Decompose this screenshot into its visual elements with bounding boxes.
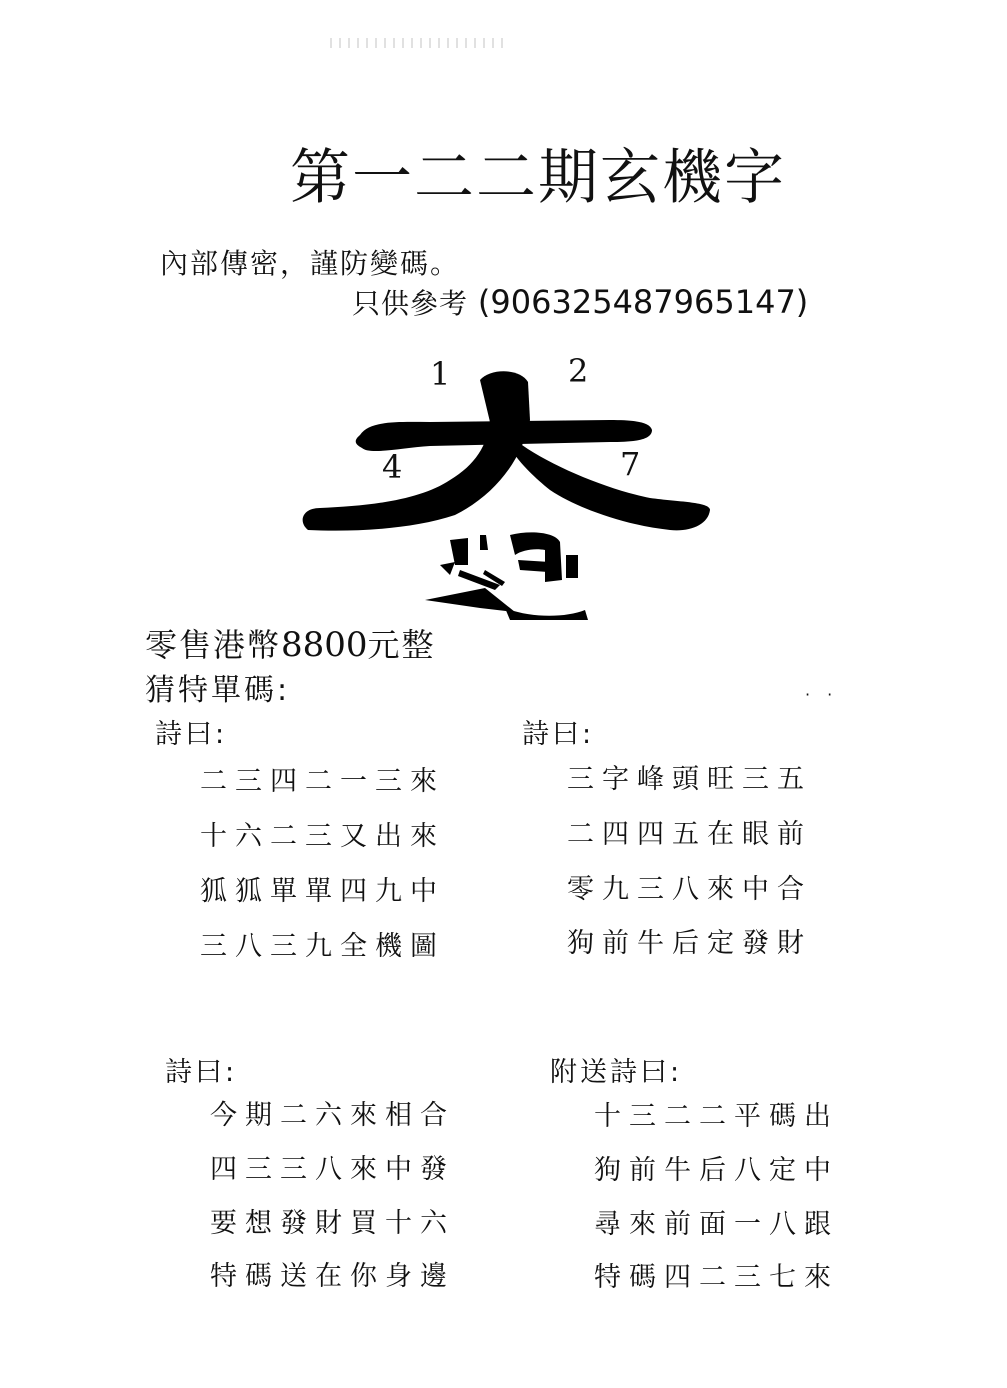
price-suffix: 元整 [368, 626, 436, 664]
poem-1-line-4: 三八三九全機圖 [200, 933, 445, 960]
reference-code: (906325487965147) [478, 283, 808, 321]
poem-1-line-1: 二三四二一三來 [200, 768, 445, 795]
poem-4-line-2: 狗前牛后八定中 [594, 1157, 839, 1184]
scan-noise [330, 38, 510, 48]
poem-3-line-3: 要想發財買十六 [210, 1210, 455, 1237]
poem-3-line-1: 今期二六來相合 [210, 1102, 455, 1129]
digit-top-right: 2 [568, 352, 588, 390]
price-amount: 8800 [281, 625, 368, 665]
poem-4-line-4: 特碼四二三七來 [594, 1264, 839, 1291]
poem-1-heading: 詩曰: [155, 712, 227, 751]
confidential-notice: 內部傳密，謹防變碼。 [160, 242, 460, 282]
poem-1-line-3: 狐狐單單四九中 [200, 878, 445, 905]
guess-label: 猜特單碼: [145, 665, 290, 709]
digit-mid-left: 4 [382, 448, 402, 486]
da-fa-calligraphy-icon [290, 350, 790, 620]
retail-price: 零售港幣8800元整 [145, 620, 436, 666]
page-title: 第一二二期玄機字 [290, 130, 786, 216]
poem-2-line-4: 狗前牛后定發財 [567, 930, 812, 957]
digit-mid-right: 7 [620, 445, 640, 483]
poem-3-line-2: 四三三八來中發 [210, 1156, 455, 1183]
reference-label: 只供參考 [352, 287, 468, 320]
poem-2-line-2: 二四四五在眼前 [567, 821, 812, 848]
calligraphy-logo: 1 2 4 7 [290, 350, 790, 620]
stray-marks: · · [805, 685, 838, 704]
poem-1-line-2: 十六二三又出來 [200, 823, 445, 850]
price-prefix: 零售港幣 [145, 626, 281, 664]
poem-3-heading: 詩曰: [165, 1050, 237, 1089]
poem-4-line-1: 十三二二平碼出 [594, 1103, 839, 1130]
poem-4-line-3: 尋來前面一八跟 [594, 1211, 839, 1238]
poem-2-line-3: 零九三八來中合 [567, 876, 812, 903]
reference-notice: 只供參考 (906325487965147) [352, 282, 808, 322]
poem-3-line-4: 特碼送在你身邊 [210, 1263, 455, 1290]
digit-top-left: 1 [430, 355, 450, 393]
poem-4-heading: 附送詩曰: [550, 1050, 682, 1089]
poem-2-heading: 詩曰: [522, 712, 594, 751]
poem-2-line-1: 三字峰頭旺三五 [567, 766, 812, 793]
